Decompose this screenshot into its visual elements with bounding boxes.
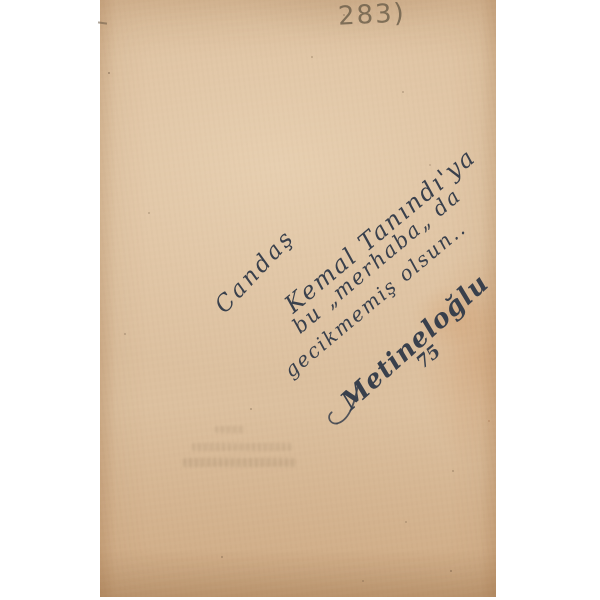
ink-inscription: Candaş Kemal Tanındı'ya bu „merhaba„ da …: [166, 82, 583, 482]
paper-foxing-specks: [100, 0, 102, 2]
photo-backdrop: 283) Candaş Kemal Tanındı'ya bu „merhaba…: [0, 0, 600, 600]
show-through-line: [215, 426, 245, 433]
pencil-dash-mark: [98, 21, 107, 24]
book-page: 283) Candaş Kemal Tanındı'ya bu „merhaba…: [100, 0, 496, 597]
show-through-line: [183, 458, 297, 467]
show-through-line: [192, 443, 292, 451]
pencil-number-note: 283): [337, 0, 406, 32]
